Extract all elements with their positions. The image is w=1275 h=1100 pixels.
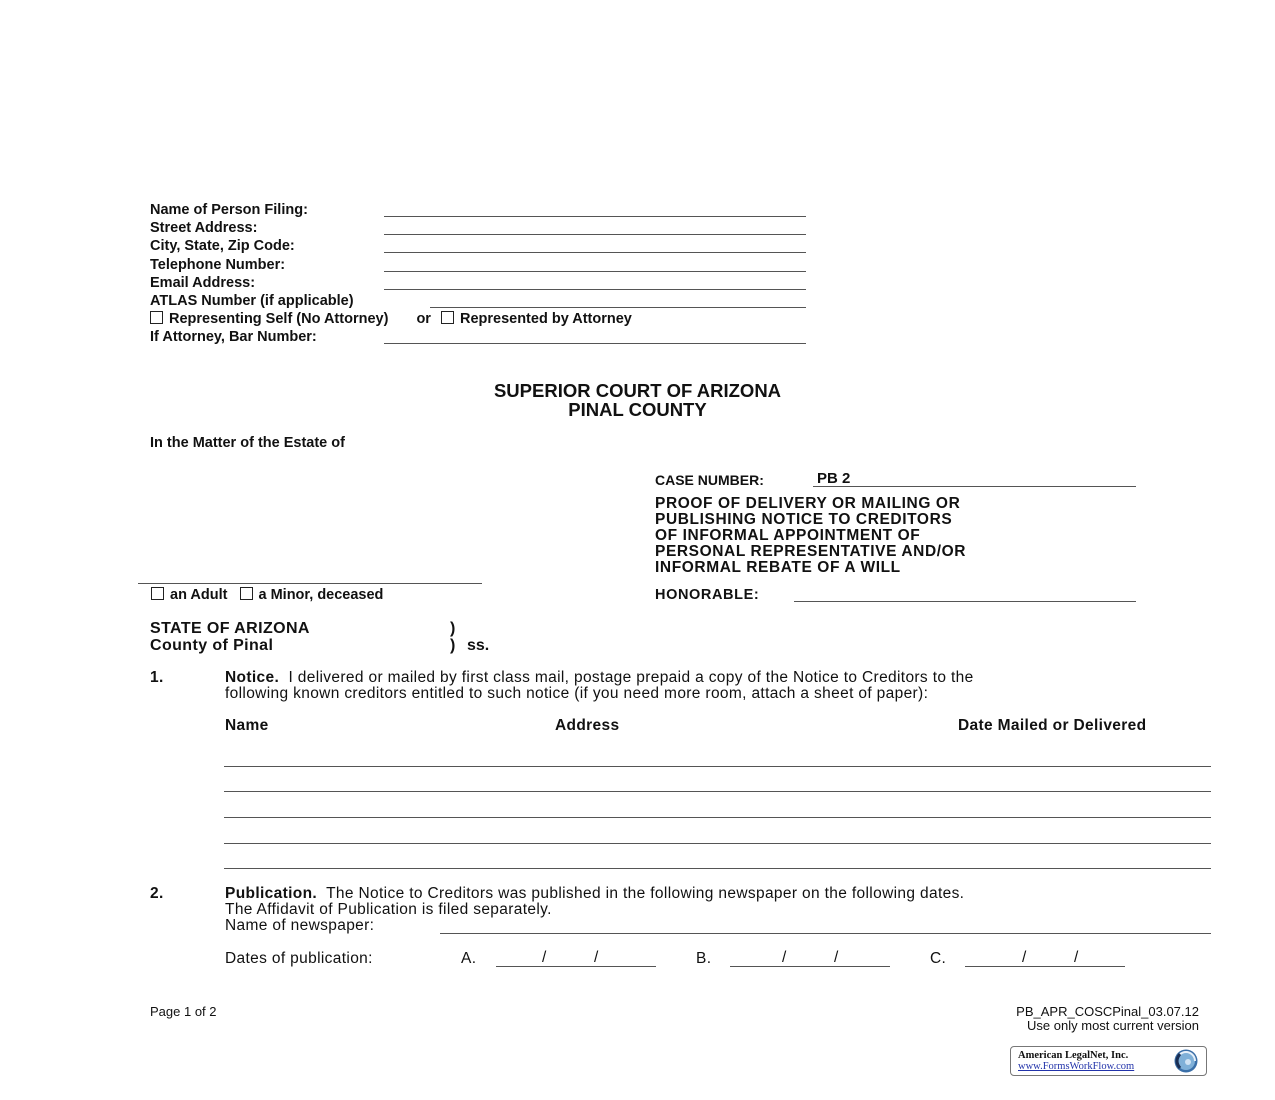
case-number-value: PB 2 xyxy=(817,470,850,487)
minor-checkbox[interactable] xyxy=(240,587,253,600)
creditor-row-3[interactable] xyxy=(224,817,1211,818)
date-b-slash-1: / xyxy=(782,950,787,966)
represented-by-attorney-checkbox[interactable] xyxy=(441,311,454,324)
representation-row: Representing Self (No Attorney) or Repre… xyxy=(150,311,632,327)
bar-number-label: If Attorney, Bar Number: xyxy=(150,329,317,345)
logo-company: American LegalNet, Inc. xyxy=(1018,1050,1128,1061)
representing-self-checkbox[interactable] xyxy=(150,311,163,324)
column-header-date: Date Mailed or Delivered xyxy=(958,718,1146,734)
creditor-row-5[interactable] xyxy=(224,868,1211,869)
state-label: STATE OF ARIZONA xyxy=(150,620,310,638)
document-title-line: PERSONAL REPRESENTATIVE AND/OR xyxy=(655,544,966,560)
date-a-slash-1: / xyxy=(542,950,547,966)
case-number-label: CASE NUMBER: xyxy=(655,472,764,488)
section2-heading: Publication. xyxy=(225,885,317,902)
telephone-number-field[interactable] xyxy=(384,271,806,272)
city-state-zip-field[interactable] xyxy=(384,252,806,253)
date-c-slash-2: / xyxy=(1074,950,1079,966)
honorable-field[interactable] xyxy=(794,601,1136,602)
date-c-letter: C. xyxy=(930,951,946,967)
email-address-label: Email Address: xyxy=(150,275,255,291)
date-c-slash-1: / xyxy=(1022,950,1027,966)
american-legalnet-logo[interactable]: American LegalNet, Inc. www.FormsWorkFlo… xyxy=(1010,1046,1207,1076)
section1-number: 1. xyxy=(150,670,164,686)
representing-self-label: Representing Self (No Attorney) xyxy=(169,311,388,327)
matter-label: In the Matter of the Estate of xyxy=(150,435,345,451)
name-of-person-filing-label: Name of Person Filing: xyxy=(150,202,308,218)
document-title-line: PUBLISHING NOTICE TO CREDITORS xyxy=(655,512,966,528)
county-label: County of Pinal xyxy=(150,637,273,655)
represented-by-attorney-label: Represented by Attorney xyxy=(460,311,632,327)
creditor-row-4[interactable] xyxy=(224,843,1211,844)
date-b-field[interactable] xyxy=(730,966,890,967)
estate-name-field[interactable] xyxy=(138,583,482,584)
adult-checkbox[interactable] xyxy=(151,587,164,600)
column-header-address: Address xyxy=(555,718,619,734)
creditor-row-2[interactable] xyxy=(224,791,1211,792)
atlas-number-field[interactable] xyxy=(430,307,806,308)
logo-url[interactable]: www.FormsWorkFlow.com xyxy=(1018,1061,1134,1072)
date-b-slash-2: / xyxy=(834,950,839,966)
or-label: or xyxy=(416,311,431,327)
decedent-type-row: an Adult a Minor, deceased xyxy=(151,587,383,603)
atlas-number-label: ATLAS Number (if applicable) xyxy=(150,293,354,309)
adult-label: an Adult xyxy=(170,587,227,603)
honorable-label: HONORABLE: xyxy=(655,587,759,603)
section1-text-line1: Notice. I delivered or mailed by first c… xyxy=(225,670,974,686)
date-c-field[interactable] xyxy=(965,966,1125,967)
city-state-zip-label: City, State, Zip Code: xyxy=(150,238,295,254)
ss-label: ss. xyxy=(467,637,489,655)
venue-paren-2: ) xyxy=(450,637,455,655)
document-title-line: INFORMAL REBATE OF A WILL xyxy=(655,560,966,576)
telephone-number-label: Telephone Number: xyxy=(150,257,285,273)
street-address-label: Street Address: xyxy=(150,220,257,236)
street-address-field[interactable] xyxy=(384,234,806,235)
page-number: Page 1 of 2 xyxy=(150,1004,217,1019)
document-title-line: PROOF OF DELIVERY OR MAILING OR xyxy=(655,496,966,512)
creditor-row-1[interactable] xyxy=(224,766,1211,767)
minor-label: a Minor, deceased xyxy=(259,587,384,603)
globe-icon xyxy=(1169,1048,1203,1074)
date-a-slash-2: / xyxy=(594,950,599,966)
column-header-name: Name xyxy=(225,718,269,734)
bar-number-field[interactable] xyxy=(384,343,806,344)
newspaper-field[interactable] xyxy=(440,933,1211,934)
date-b-letter: B. xyxy=(696,951,711,967)
form-id: PB_APR_COSCPinal_03.07.12 xyxy=(1016,1004,1199,1019)
section1-heading: Notice. xyxy=(225,669,279,686)
section2-text: The Notice to Creditors was published in… xyxy=(326,885,964,902)
section1-text: I delivered or mailed by first class mai… xyxy=(288,669,973,686)
county-name: PINAL COUNTY xyxy=(0,399,1275,421)
case-number-field[interactable] xyxy=(813,486,1136,487)
section2-number: 2. xyxy=(150,886,164,902)
name-of-person-filing-field[interactable] xyxy=(384,216,806,217)
venue-paren-1: ) xyxy=(450,620,455,638)
section2-text-line1: Publication. The Notice to Creditors was… xyxy=(225,886,964,902)
version-note: Use only most current version xyxy=(1027,1018,1199,1033)
document-title-line: OF INFORMAL APPOINTMENT OF xyxy=(655,528,966,544)
section1-text-line2: following known creditors entitled to su… xyxy=(225,686,928,702)
date-a-field[interactable] xyxy=(496,966,656,967)
email-address-field[interactable] xyxy=(384,289,806,290)
document-title: PROOF OF DELIVERY OR MAILING OR PUBLISHI… xyxy=(655,496,966,576)
dates-label: Dates of publication: xyxy=(225,951,373,967)
date-a-letter: A. xyxy=(461,951,476,967)
section2-text-line2: The Affidavit of Publication is filed se… xyxy=(225,902,552,918)
newspaper-label: Name of newspaper: xyxy=(225,918,374,934)
